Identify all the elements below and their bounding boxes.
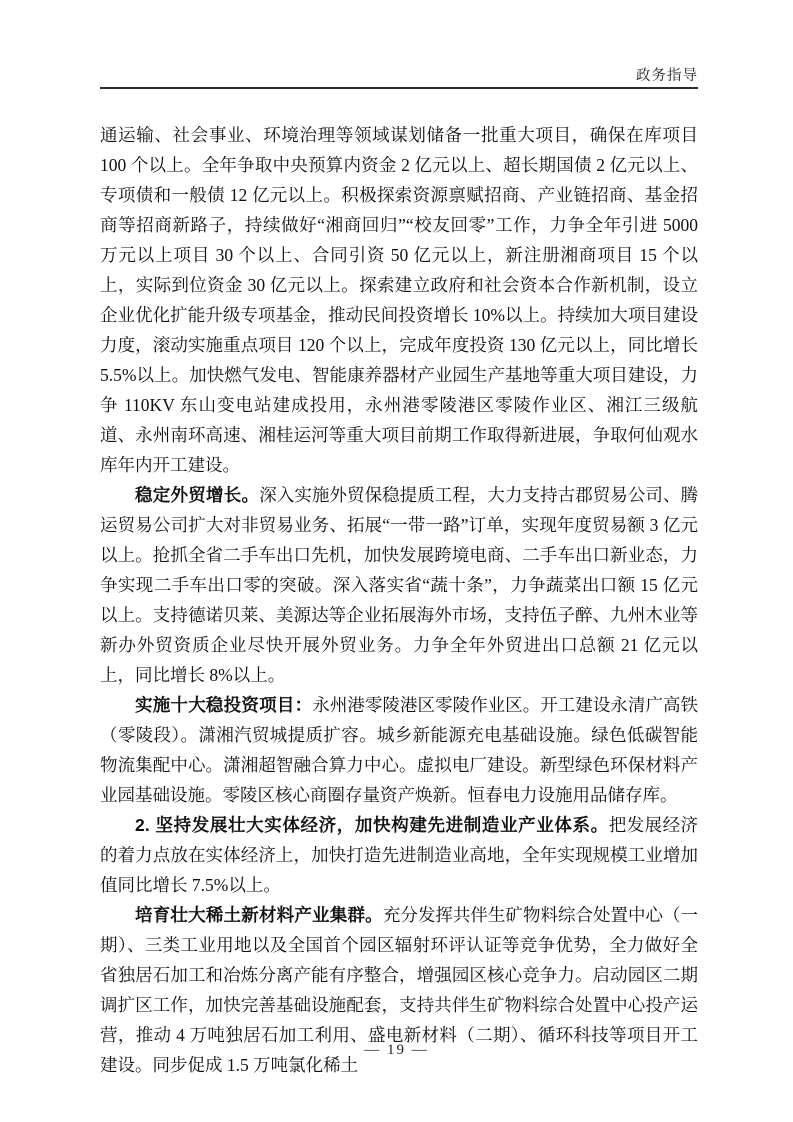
paragraph-lead: 稳定外贸增长。 bbox=[135, 485, 259, 505]
header-label: 政务指导 bbox=[636, 68, 698, 84]
document-page: 政务指导 通运输、社会事业、环境治理等领域谋划储备一批重大项目，确保在库项目 1… bbox=[0, 0, 793, 1122]
document-body: 通运输、社会事业、环境治理等领域谋划储备一批重大项目，确保在库项目 100 个以… bbox=[100, 120, 698, 1080]
paragraph-lead: 2. 坚持发展壮大实体经济，加快构建先进制造业产业体系。 bbox=[135, 815, 609, 835]
paragraph-lead: 实施十大稳投资项目： bbox=[135, 695, 312, 715]
paragraph-text: 深入实施外贸保稳提质工程，大力支持古郡贸易公司、腾运贸易公司扩大对非贸易业务、拓… bbox=[100, 485, 698, 685]
paragraph-lead: 培育壮大稀土新材料产业集群。 bbox=[135, 905, 383, 925]
paragraph: 实施十大稳投资项目：永州港零陵港区零陵作业区。开工建设永清广高铁（零陵段）。潇湘… bbox=[100, 690, 698, 810]
paragraph: 通运输、社会事业、环境治理等领域谋划储备一批重大项目，确保在库项目 100 个以… bbox=[100, 120, 698, 480]
page-number: — 19 — bbox=[364, 1042, 429, 1058]
paragraph-text: 通运输、社会事业、环境治理等领域谋划储备一批重大项目，确保在库项目 100 个以… bbox=[100, 125, 698, 475]
paragraph: 2. 坚持发展壮大实体经济，加快构建先进制造业产业体系。把发展经济的着力点放在实… bbox=[100, 810, 698, 900]
paragraph: 稳定外贸增长。深入实施外贸保稳提质工程，大力支持古郡贸易公司、腾运贸易公司扩大对… bbox=[100, 480, 698, 690]
page-header: 政务指导 bbox=[100, 64, 698, 85]
header-rule bbox=[100, 87, 698, 89]
page-footer: — 19 — bbox=[0, 1042, 793, 1059]
